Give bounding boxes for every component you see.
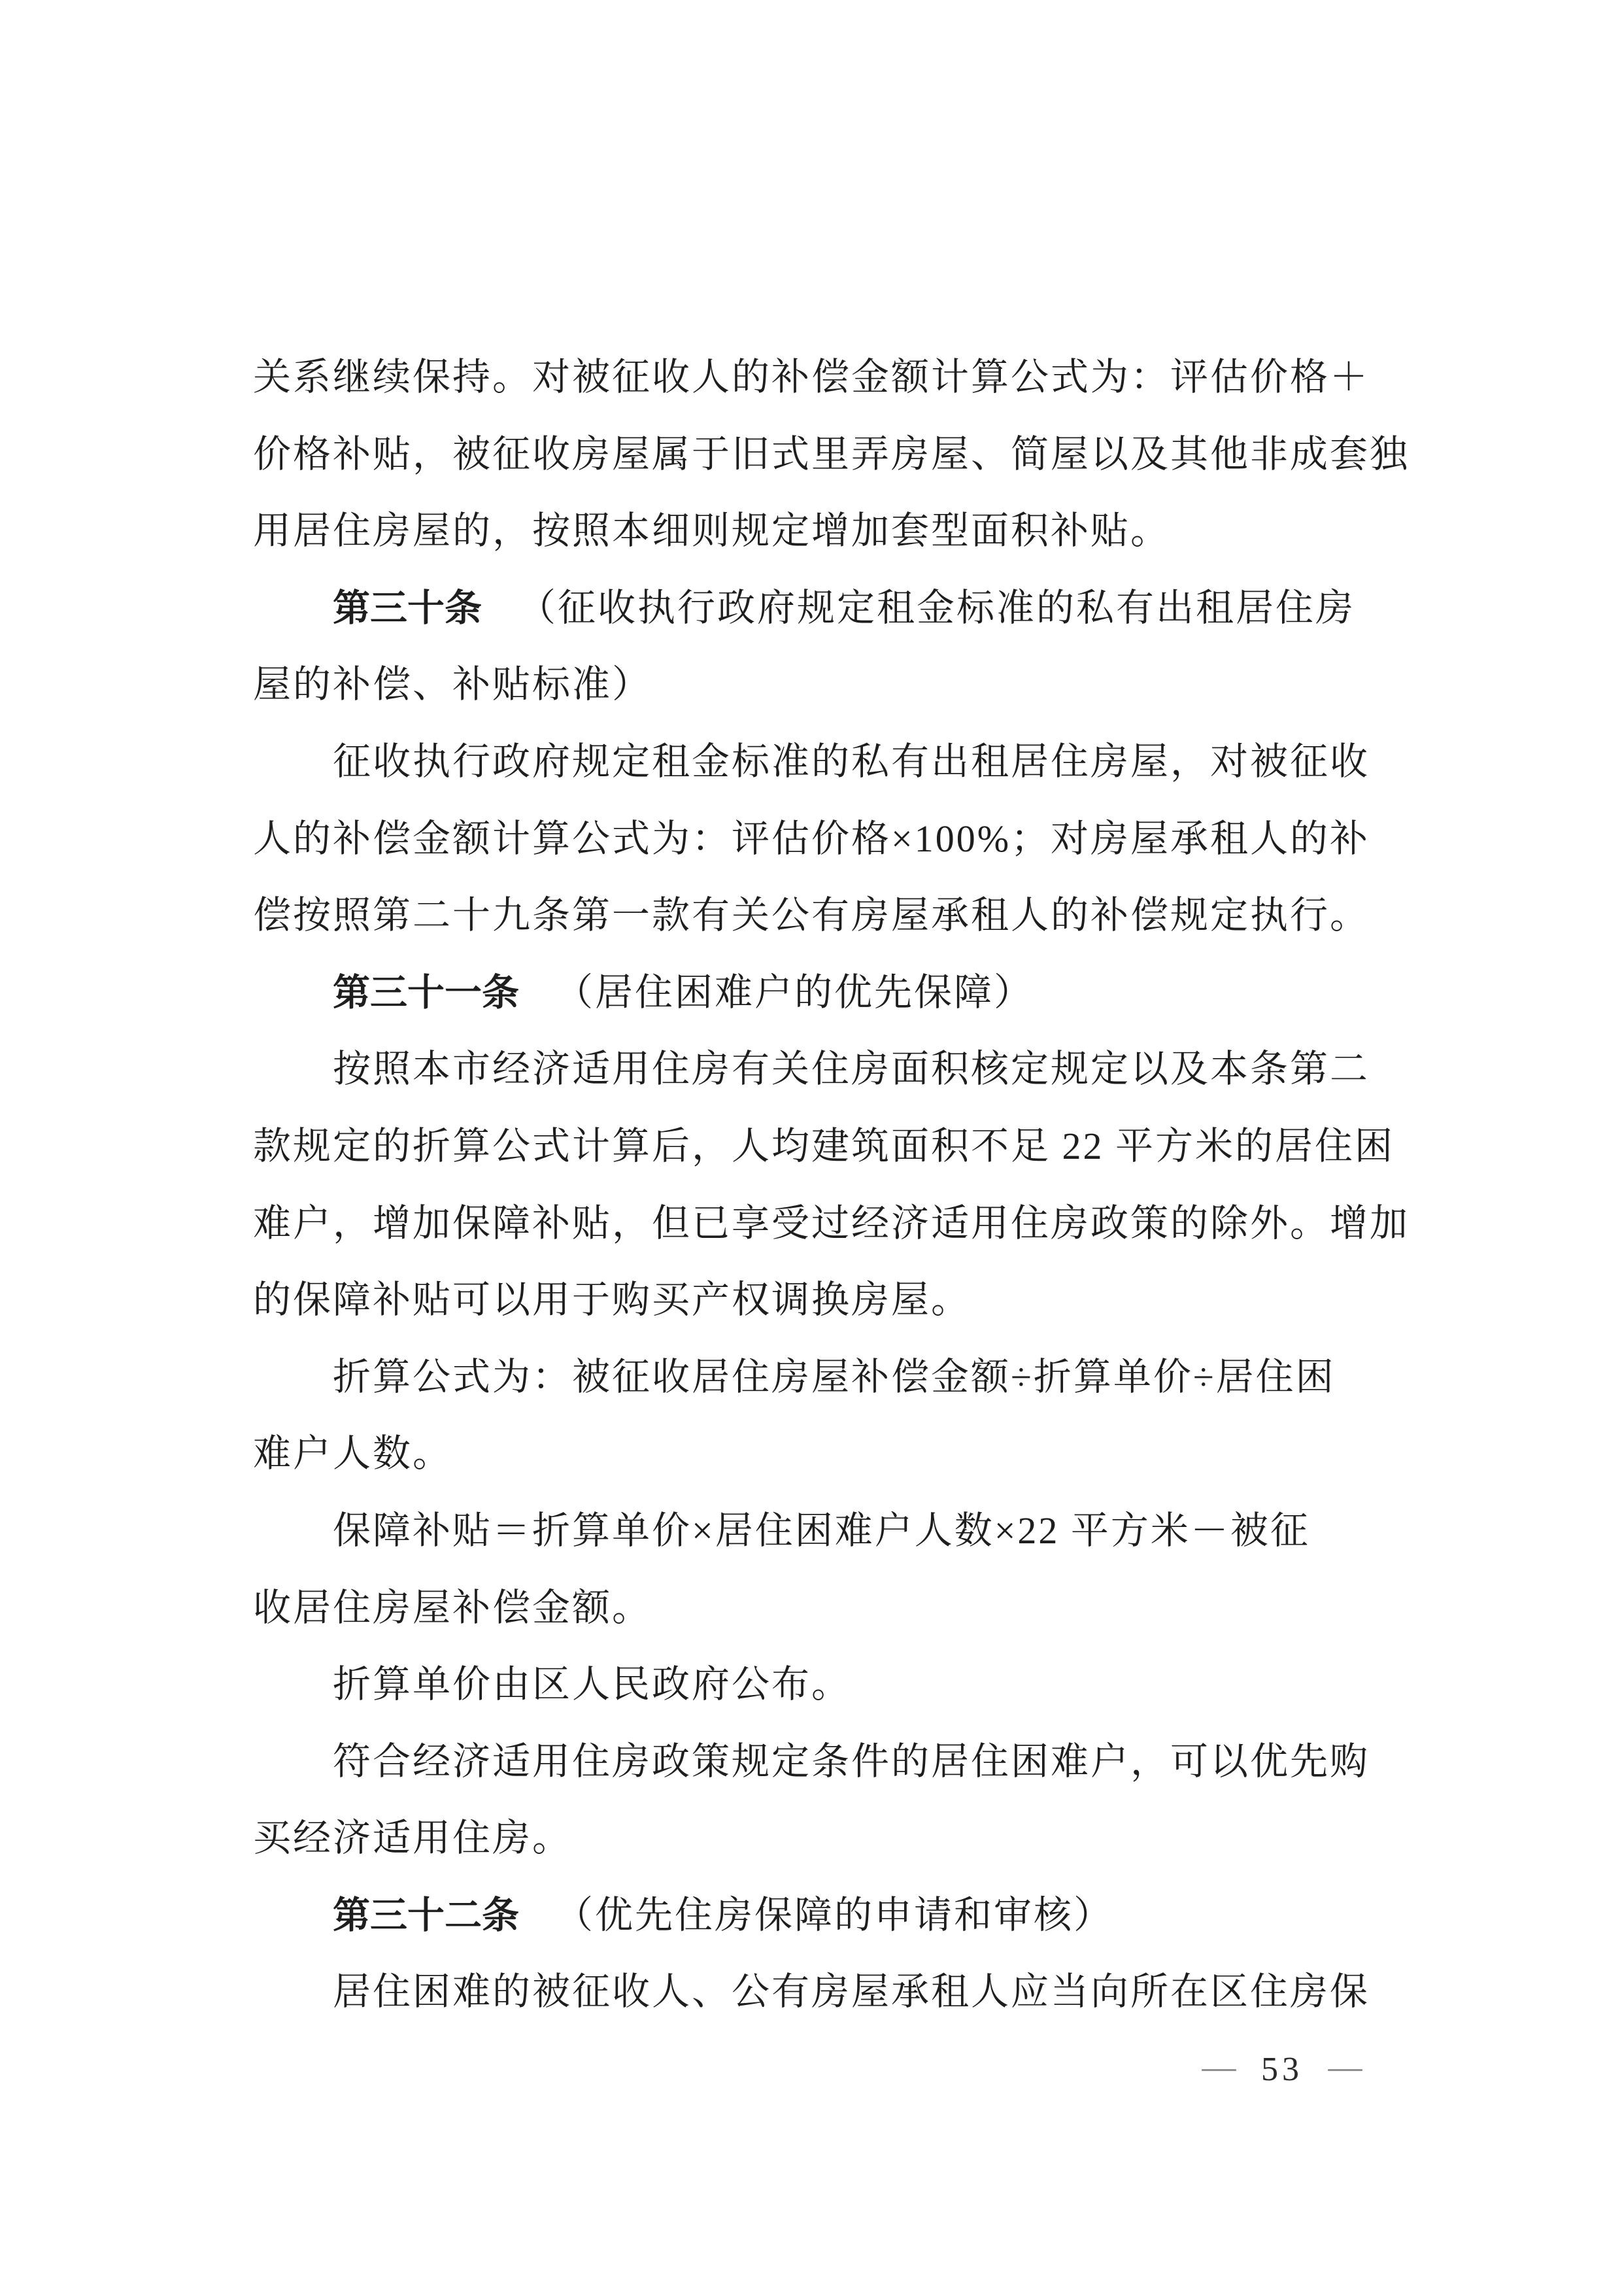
text-line: 难户人数。 xyxy=(253,1415,1423,1492)
text-segment: 偿按照第二十九条第一款有关公有房屋承租人的补偿规定执行。 xyxy=(253,894,1370,936)
text-line: 收居住房屋补偿金额。 xyxy=(253,1569,1423,1647)
text-segment: （征收执行政府规定租金标准的私有出租居住房 xyxy=(518,587,1355,629)
text-line: 第三十条（征收执行政府规定租金标准的私有出租居住房 xyxy=(253,570,1423,647)
text-segment: 符合经济适用住房政策规定条件的居住困难户，可以优先购 xyxy=(333,1740,1370,1783)
text-segment: 难户，增加保障补贴，但已享受过经济适用住房政策的除外。增加 xyxy=(253,1202,1410,1244)
article-number: 第三十一条 xyxy=(333,972,519,1014)
text-segment: 人的补偿金额计算公式为：评估价格×100%；对房屋承租人的补 xyxy=(253,817,1370,860)
text-line: 价格补贴，被征收房屋属于旧式里弄房屋、简屋以及其他非成套独 xyxy=(253,416,1423,493)
text-segment: 折算公式为：被征收居住房屋补偿金额÷折算单价÷居住困 xyxy=(333,1356,1336,1398)
text-segment: 屋的补偿、补贴标准） xyxy=(253,663,652,706)
text-segment: 收居住房屋补偿金额。 xyxy=(253,1586,652,1629)
text-segment: 保障补贴＝折算单价×居住困难户人数×22 平方米－被征 xyxy=(333,1509,1310,1552)
text-segment: 折算单价由区人民政府公布。 xyxy=(333,1663,851,1705)
text-line: 保障补贴＝折算单价×居住困难户人数×22 平方米－被征 xyxy=(253,1492,1423,1569)
page-footer: 53 xyxy=(1202,2046,1362,2094)
text-segment: 的保障补贴可以用于购买产权调换房屋。 xyxy=(253,1278,971,1321)
text-line: 第三十二条（优先住房保障的申请和审核） xyxy=(253,1877,1423,1954)
text-line: 款规定的折算公式计算后，人均建筑面积不足 22 平方米的居住困 xyxy=(253,1108,1423,1185)
page-number: 53 xyxy=(1261,2046,1303,2094)
text-line: 买经济适用住房。 xyxy=(253,1800,1423,1877)
text-line: 征收执行政府规定租金标准的私有出租居住房屋，对被征收 xyxy=(253,723,1423,800)
text-segment: 按照本市经济适用住房有关住房面积核定规定以及本条第二 xyxy=(333,1048,1370,1090)
text-segment: 买经济适用住房。 xyxy=(253,1817,572,1859)
text-segment: 价格补贴，被征收房屋属于旧式里弄房屋、简屋以及其他非成套独 xyxy=(253,433,1410,475)
text-line: 偿按照第二十九条第一款有关公有房屋承租人的补偿规定执行。 xyxy=(253,877,1423,954)
text-line: 关系继续保持。对被征收人的补偿金额计算公式为：评估价格＋ xyxy=(253,339,1423,416)
text-segment: 征收执行政府规定租金标准的私有出租居住房屋，对被征收 xyxy=(333,740,1370,783)
text-line: 按照本市经济适用住房有关住房面积核定规定以及本条第二 xyxy=(253,1031,1423,1108)
text-line: 人的补偿金额计算公式为：评估价格×100%；对房屋承租人的补 xyxy=(253,800,1423,878)
article-number: 第三十二条 xyxy=(333,1894,519,1936)
text-line: 屋的补偿、补贴标准） xyxy=(253,646,1423,723)
text-line: 折算单价由区人民政府公布。 xyxy=(253,1646,1423,1723)
text-line: 符合经济适用住房政策规定条件的居住困难户，可以优先购 xyxy=(253,1723,1423,1800)
text-line: 难户，增加保障补贴，但已享受过经济适用住房政策的除外。增加 xyxy=(253,1185,1423,1262)
text-segment: 居住困难的被征收人、公有房屋承租人应当向所在区住房保 xyxy=(333,1970,1370,2013)
text-segment: （居住困难户的优先保障） xyxy=(555,971,1034,1014)
text-segment: （优先住房保障的申请和审核） xyxy=(555,1894,1113,1936)
text-line: 折算公式为：被征收居住房屋补偿金额÷折算单价÷居住困 xyxy=(253,1339,1423,1416)
document-page: 关系继续保持。对被征收人的补偿金额计算公式为：评估价格＋价格补贴，被征收房屋属于… xyxy=(0,0,1622,2296)
article-number: 第三十条 xyxy=(333,587,482,629)
text-line: 用居住房屋的，按照本细则规定增加套型面积补贴。 xyxy=(253,492,1423,570)
footer-left-dash xyxy=(1202,2069,1236,2071)
text-line: 第三十一条（居住困难户的优先保障） xyxy=(253,954,1423,1031)
text-line: 居住困难的被征收人、公有房屋承租人应当向所在区住房保 xyxy=(253,1953,1423,2030)
document-text-block: 关系继续保持。对被征收人的补偿金额计算公式为：评估价格＋价格补贴，被征收房屋属于… xyxy=(253,339,1423,2030)
text-segment: 款规定的折算公式计算后，人均建筑面积不足 22 平方米的居住困 xyxy=(253,1125,1394,1167)
text-segment: 难户人数。 xyxy=(253,1432,452,1475)
text-line: 的保障补贴可以用于购买产权调换房屋。 xyxy=(253,1261,1423,1339)
footer-right-dash xyxy=(1328,2069,1362,2071)
text-segment: 用居住房屋的，按照本细则规定增加套型面积补贴。 xyxy=(253,509,1170,552)
text-segment: 关系继续保持。对被征收人的补偿金额计算公式为：评估价格＋ xyxy=(253,356,1370,398)
